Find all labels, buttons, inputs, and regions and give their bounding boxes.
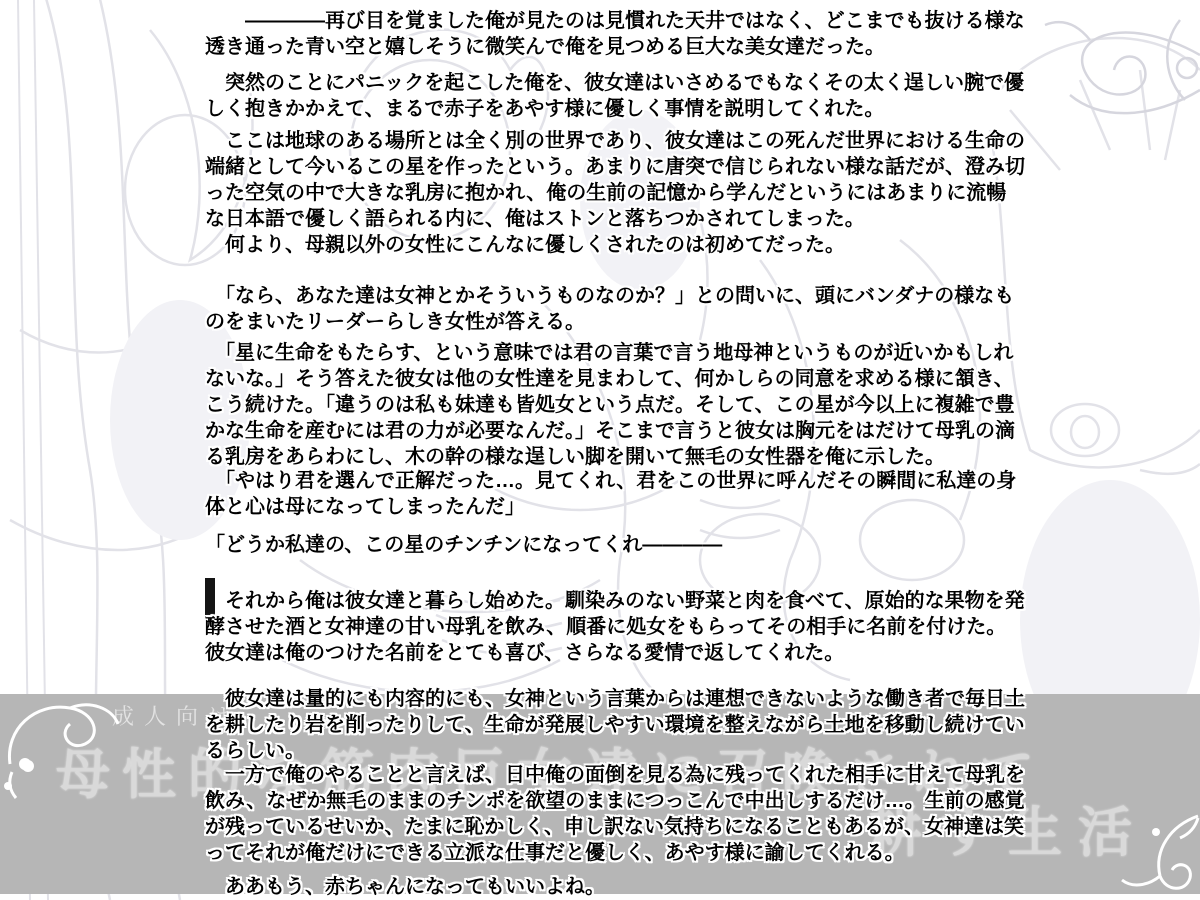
story-paragraph: 「どうか私達の、この星のチンチンになってくれ―――― — [205, 532, 1025, 558]
story-paragraph: 「なら、あなた達は女神とかそういうものなのか？」との問いに、頭にバンダナの様なも… — [205, 283, 1025, 335]
vine-flourish-icon — [1045, 20, 1200, 113]
page: 成人向け 母性的な筋肉巨女達に召喚されて 耕す生活 ――――再び目を覚ました俺が… — [0, 0, 1200, 900]
story-paragraph: それから俺は彼女達と暮らし始めた。馴染みのない野菜と肉を食べて、原始的な果物を発… — [205, 588, 1025, 666]
story-paragraph: 彼女達は量的にも内容的にも、女神という言葉からは連想できないような働き者で毎日土… — [205, 686, 1025, 764]
dot-ornament — [18, 756, 38, 776]
story-paragraph: 「やはり君を選んで正解だった…。見てくれ、君をこの世界に呼んだその瞬間に私達の身… — [205, 468, 1025, 520]
story-paragraph: 突然のことにパニックを起こした俺を、彼女達はいさめるでもなくその太く逞しい腕で優… — [205, 70, 1025, 122]
story-paragraph: ――――再び目を覚ました俺が見たのは見慣れた天井ではなく、どこまでも抜ける様な透… — [205, 8, 1025, 60]
story-paragraph: ああもう、赤ちゃんになってもいいよね。 — [205, 874, 1025, 900]
story-paragraph: 一方で俺のやることと言えば、日中俺の面倒を見る為に残ってくれた相手に甘えて母乳を… — [205, 762, 1025, 866]
story-paragraph: ここは地球のある場所とは全く別の世界であり、彼女達はこの死んだ世界における生命の… — [205, 128, 1025, 232]
story-paragraph: 何より、母親以外の女性にこんなに優しくされたのは初めてだった。 — [205, 232, 1025, 258]
story-paragraph: 「星に生命をもたらす、という意味では君の言葉で言う地母神というものが近いかもしれ… — [205, 340, 1025, 470]
